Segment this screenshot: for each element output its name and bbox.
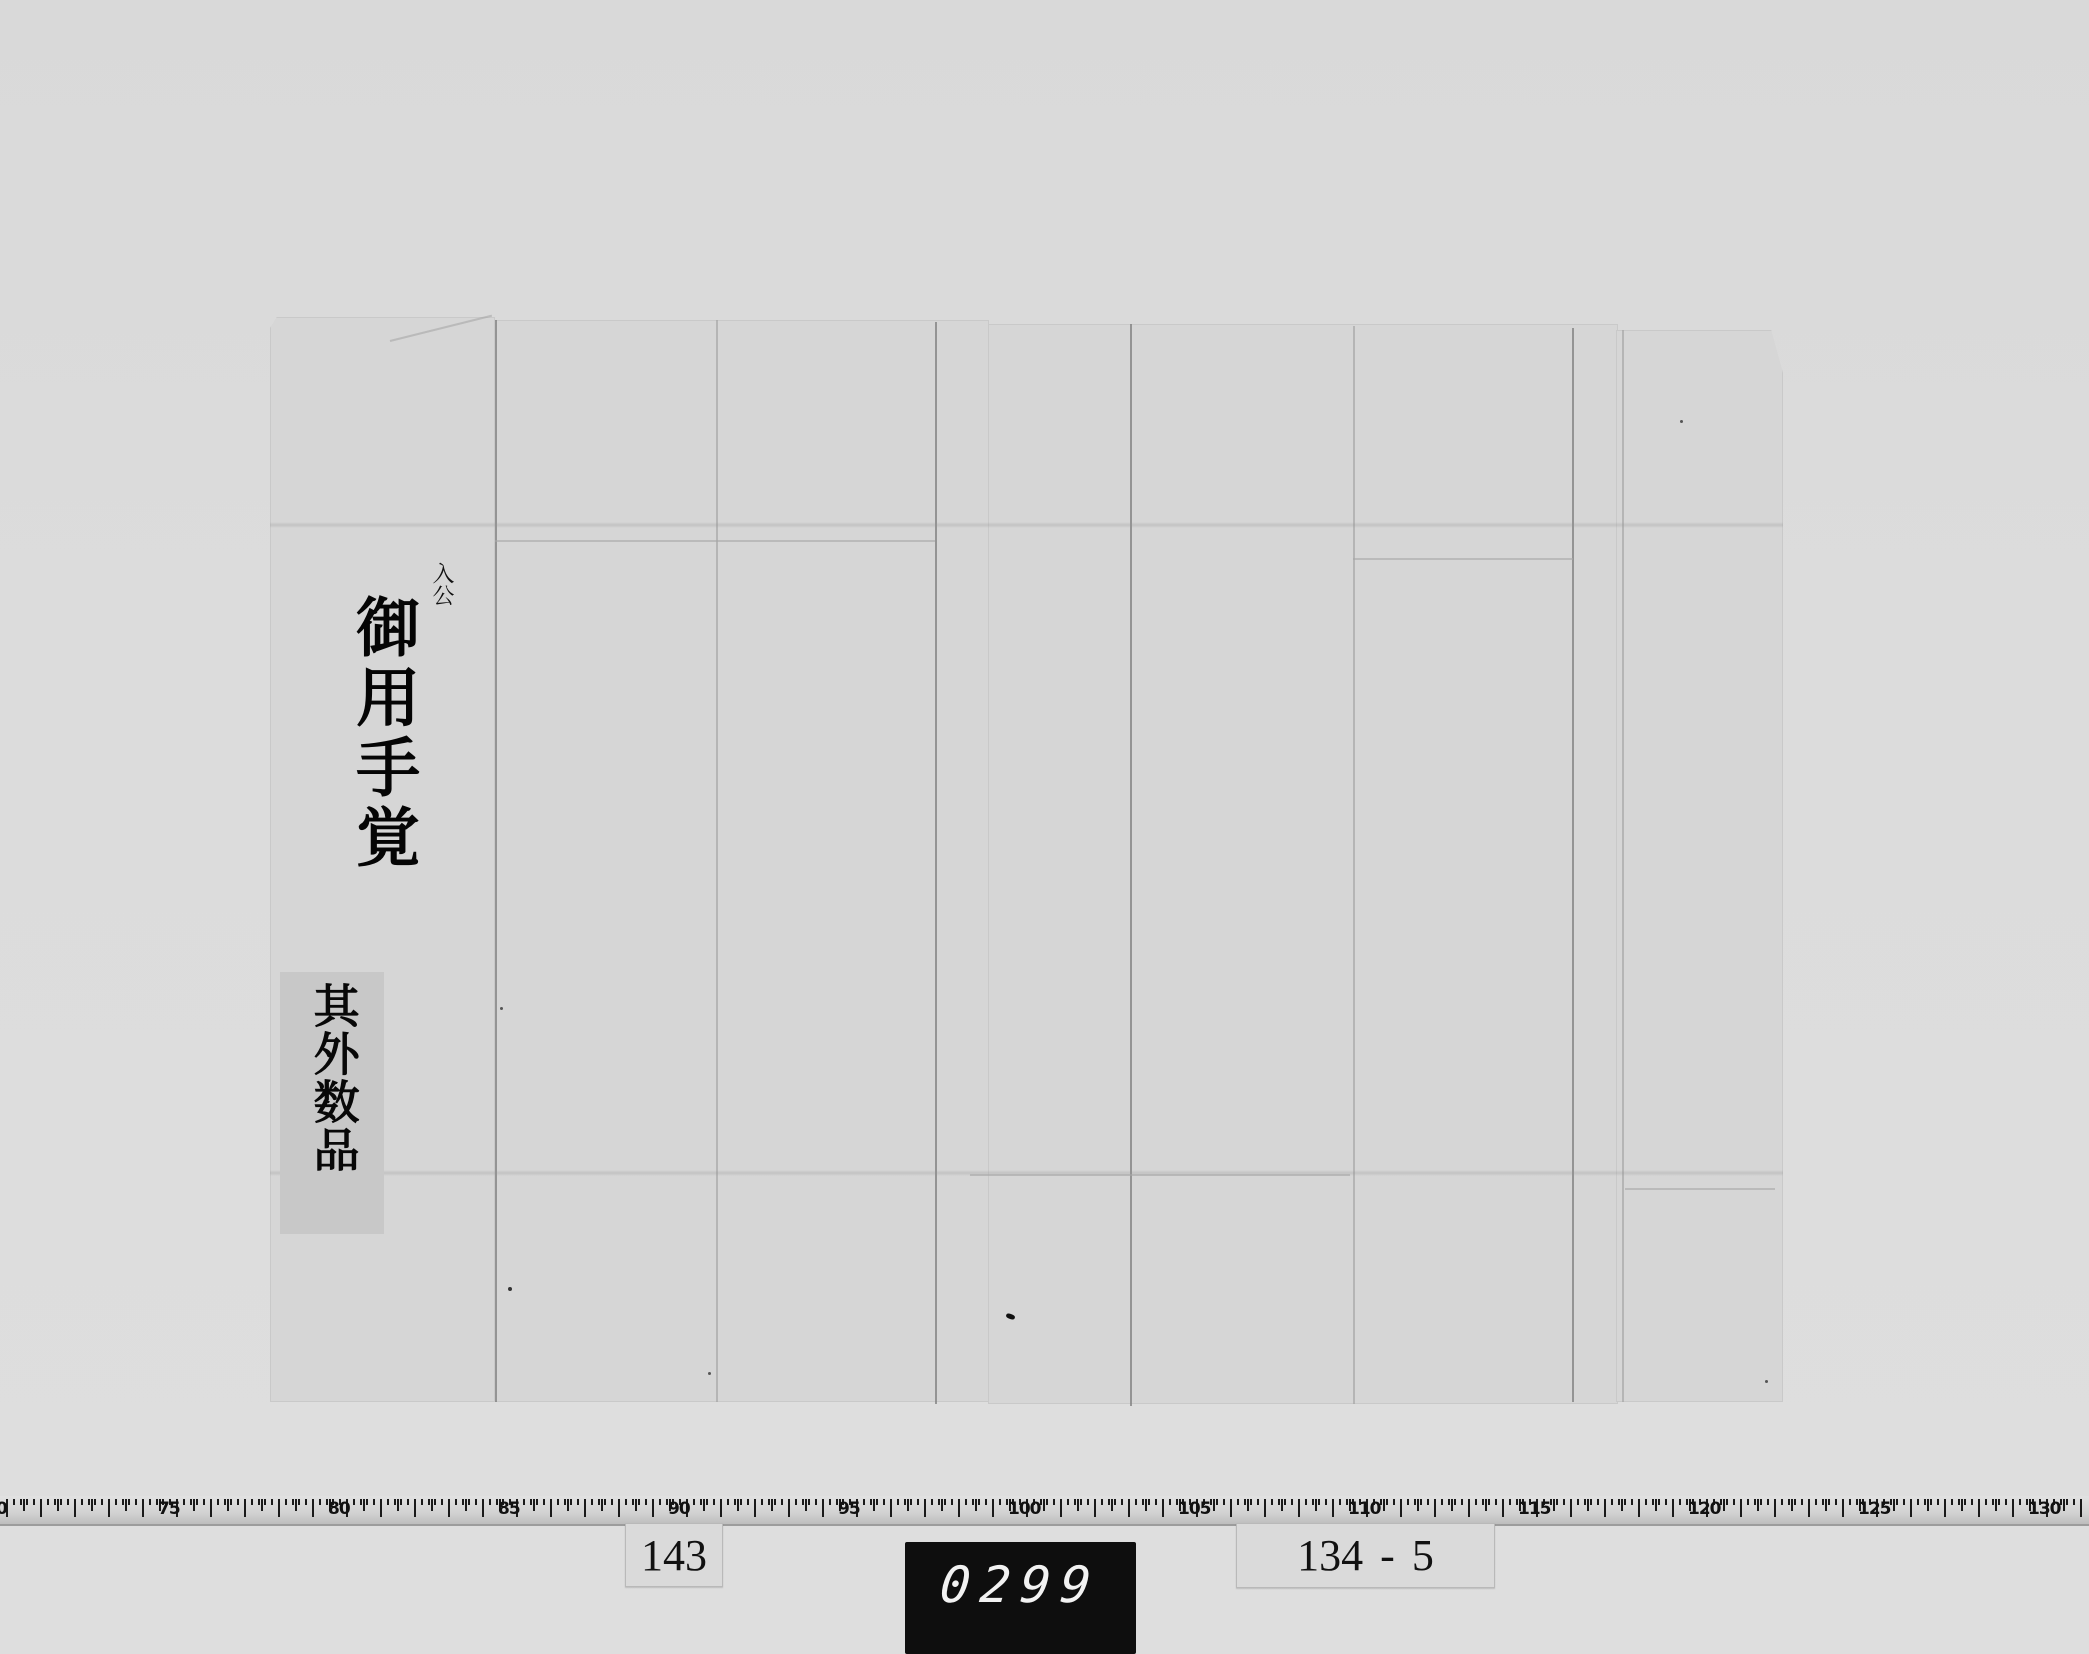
ruler-tick — [1754, 1499, 1756, 1505]
ruler-tick — [1461, 1499, 1463, 1505]
ruler-tick — [1264, 1499, 1266, 1517]
ruler-label: 75 — [158, 1499, 180, 1519]
ruler-tick — [1077, 1499, 1079, 1511]
ruler-tick — [870, 1499, 872, 1505]
ruler-tick — [1604, 1499, 1606, 1517]
ruler-tick — [217, 1499, 219, 1505]
ruler-tick — [1475, 1499, 1477, 1505]
ruler-tick — [1618, 1499, 1620, 1505]
ruler-tick — [938, 1499, 940, 1505]
ruler-tick — [1237, 1499, 1239, 1505]
fold-line — [1622, 330, 1624, 1402]
ruler-tick — [1271, 1499, 1273, 1505]
ruler-tick — [1556, 1499, 1558, 1505]
document-subtitle: 其外数品 — [308, 982, 358, 1174]
ruler-tick — [1930, 1499, 1932, 1505]
ruler-tick — [737, 1499, 739, 1511]
ruler-tick — [550, 1499, 552, 1517]
ruler-tick — [1257, 1499, 1259, 1505]
ruler-tick — [1108, 1499, 1110, 1505]
ruler-tick — [1570, 1499, 1572, 1517]
fold-line — [935, 322, 937, 1404]
ruler-label: 105 — [1178, 1499, 1211, 1519]
ruler-tick — [1213, 1499, 1215, 1511]
ruler-tick — [1278, 1499, 1280, 1505]
ruler-tick — [1420, 1499, 1422, 1505]
ruler-tick — [1924, 1499, 1926, 1505]
ruler-tick — [1155, 1499, 1157, 1505]
ruler-tick — [1747, 1499, 1749, 1505]
ruler-tick — [1985, 1499, 1987, 1505]
ruler-tick — [1315, 1499, 1317, 1511]
fold-line — [495, 540, 935, 542]
ruler-tick — [94, 1499, 96, 1505]
ruler-tick — [1621, 1499, 1623, 1511]
ruler-tick — [965, 1499, 967, 1505]
panel-3 — [988, 324, 1618, 1404]
ruler-tick — [1101, 1499, 1103, 1505]
ruler-label: 115 — [1518, 1499, 1551, 1519]
ruler-tick — [635, 1499, 637, 1511]
ruler-tick — [54, 1499, 56, 1505]
ruler-tick — [1223, 1499, 1225, 1505]
ruler-tick — [805, 1499, 807, 1511]
ruler-tick — [1482, 1499, 1484, 1505]
ruler-tick — [1903, 1499, 1905, 1505]
ruler-tick — [101, 1499, 103, 1505]
ruler-tick — [999, 1499, 1001, 1505]
ruler-tick — [190, 1499, 192, 1505]
ruler-tick — [230, 1499, 232, 1505]
ruler-tick — [625, 1499, 627, 1505]
ruler-tick — [706, 1499, 708, 1505]
ruler-tick — [1281, 1499, 1283, 1511]
ruler-tick — [149, 1499, 151, 1505]
ruler-tick — [781, 1499, 783, 1505]
ink-speck — [508, 1287, 512, 1291]
ruler-tick — [203, 1499, 205, 1505]
ruler-tick — [530, 1499, 532, 1505]
ruler-label: 130 — [2028, 1499, 2061, 1519]
ruler-tick — [224, 1499, 226, 1505]
ruler-tick — [788, 1499, 790, 1517]
ruler-tick — [1917, 1499, 1919, 1505]
ruler-tick — [57, 1499, 59, 1511]
ruler-tick — [1733, 1499, 1735, 1505]
ruler-tick — [734, 1499, 736, 1505]
ruler-tick — [638, 1499, 640, 1505]
ruler-tick — [312, 1499, 314, 1517]
ruler-tick — [319, 1499, 321, 1505]
ruler-tick — [1740, 1499, 1742, 1517]
ruler-tick — [1672, 1499, 1674, 1517]
ruler-tick — [465, 1499, 467, 1511]
ruler-tick — [975, 1499, 977, 1511]
ruler-tick — [2080, 1499, 2082, 1517]
ruler-tick — [1244, 1499, 1246, 1505]
ruler-label: 95 — [838, 1499, 860, 1519]
ruler-tick — [1587, 1499, 1589, 1511]
fold-line — [1130, 324, 1132, 1406]
ruler-tick — [1760, 1499, 1762, 1505]
ruler-tick — [1927, 1499, 1929, 1511]
ruler-tick — [951, 1499, 953, 1505]
ruler-tick — [60, 1499, 62, 1505]
ruler-tick — [1781, 1499, 1783, 1505]
ruler-tick — [754, 1499, 756, 1517]
ruler-tick — [227, 1499, 229, 1511]
ruler-tick — [67, 1499, 69, 1505]
ruler-tick — [652, 1499, 654, 1517]
ruler-label: 90 — [668, 1499, 690, 1519]
ruler-tick — [645, 1499, 647, 1505]
ruler-tick — [421, 1499, 423, 1505]
ruler-tick — [366, 1499, 368, 1505]
ruler-tick — [1964, 1499, 1966, 1505]
ruler-tick — [1250, 1499, 1252, 1505]
panel-right — [1616, 330, 1783, 1402]
ruler-tick — [387, 1499, 389, 1505]
fold-line — [1625, 1188, 1775, 1190]
ruler-tick — [1400, 1499, 1402, 1517]
frame-counter: 0299 — [905, 1542, 1136, 1654]
ruler-tick — [1087, 1499, 1089, 1505]
ruler-tick — [1407, 1499, 1409, 1505]
ruler-tick — [1046, 1499, 1048, 1505]
ruler-tick — [873, 1499, 875, 1511]
item-number-card: 134 - 5 — [1236, 1523, 1495, 1588]
ruler-tick — [1757, 1499, 1759, 1511]
ruler-tick — [258, 1499, 260, 1505]
ruler-tick — [1896, 1499, 1898, 1505]
ruler-tick — [815, 1499, 817, 1505]
ruler-tick — [1563, 1499, 1565, 1505]
ruler-tick — [1080, 1499, 1082, 1505]
ruler-tick — [557, 1499, 559, 1505]
ruler-tick — [890, 1499, 892, 1517]
ruler-tick — [1665, 1499, 1667, 1505]
ruler-tick — [1111, 1499, 1113, 1511]
ruler-tick — [1509, 1499, 1511, 1505]
ruler-tick — [618, 1499, 620, 1517]
ruler-tick — [414, 1499, 416, 1517]
ruler-tick — [1502, 1499, 1504, 1517]
ruler-tick — [632, 1499, 634, 1505]
ruler-tick — [135, 1499, 137, 1505]
ruler-tick — [1114, 1499, 1116, 1505]
ink-speck — [708, 1372, 711, 1375]
ruler-tick — [1808, 1499, 1810, 1517]
ruler-tick — [904, 1499, 906, 1505]
ruler-tick — [397, 1499, 399, 1511]
fold-line — [1572, 328, 1574, 1402]
ruler-label: 80 — [328, 1499, 350, 1519]
ruler-tick — [1998, 1499, 2000, 1505]
ruler-tick — [88, 1499, 90, 1505]
ruler-tick — [74, 1499, 76, 1517]
ruler-tick — [1043, 1499, 1045, 1511]
ruler-tick — [196, 1499, 198, 1505]
ruler-tick — [1815, 1499, 1817, 1505]
ruler-tick — [992, 1499, 994, 1517]
fold-line — [1353, 558, 1573, 560]
ruler-tick — [1849, 1499, 1851, 1505]
name-slip: 其外数品 — [280, 972, 384, 1234]
ruler-tick — [727, 1499, 729, 1505]
ruler-tick — [523, 1499, 525, 1505]
volume-number: 143 — [626, 1524, 722, 1586]
ruler-tick — [210, 1499, 212, 1517]
ruler-tick — [407, 1499, 409, 1505]
ruler-tick — [1067, 1499, 1069, 1505]
ruler-tick — [703, 1499, 705, 1511]
ruler-tick — [1658, 1499, 1660, 1505]
ruler-tick — [1386, 1499, 1388, 1505]
ruler-tick — [577, 1499, 579, 1505]
ruler-tick — [1893, 1499, 1895, 1511]
ruler-tick — [1835, 1499, 1837, 1505]
ruler-tick — [23, 1499, 25, 1511]
ruler-tick — [720, 1499, 722, 1517]
ruler-tick — [1305, 1499, 1307, 1505]
ruler-tick — [108, 1499, 110, 1517]
ruler-tick — [768, 1499, 770, 1505]
ruler-tick — [771, 1499, 773, 1511]
ruler-tick — [193, 1499, 195, 1511]
folded-document: 入公 御用手覚 其外数品 — [270, 312, 1785, 1404]
ruler-tick — [81, 1499, 83, 1505]
ruler-tick — [1441, 1499, 1443, 1505]
ruler-tick — [1794, 1499, 1796, 1505]
ruler-tick — [47, 1499, 49, 1505]
ruler-tick — [292, 1499, 294, 1505]
ruler-tick — [448, 1499, 450, 1517]
ruler-tick — [295, 1499, 297, 1511]
ruler-tick — [1135, 1499, 1137, 1505]
ruler-tick — [564, 1499, 566, 1505]
ruler-tick — [1325, 1499, 1327, 1505]
ruler-tick — [394, 1499, 396, 1505]
ruler-tick — [1145, 1499, 1147, 1511]
ruler-tick — [747, 1499, 749, 1505]
ruler-tick — [659, 1499, 661, 1505]
ruler-tick — [1148, 1499, 1150, 1505]
ruler-tick — [802, 1499, 804, 1505]
ruler-tick — [1121, 1499, 1123, 1505]
ruler-tick — [972, 1499, 974, 1505]
ruler-tick — [1216, 1499, 1218, 1505]
ruler-tick — [1094, 1499, 1096, 1517]
ruler-tick — [1312, 1499, 1314, 1505]
ruler-tick — [142, 1499, 144, 1517]
ruler-tick — [693, 1499, 695, 1505]
ruler-tick — [1767, 1499, 1769, 1505]
ruler-tick — [958, 1499, 960, 1517]
ink-speck — [1680, 420, 1683, 423]
ruler-tick — [1298, 1499, 1300, 1517]
ruler-tick — [611, 1499, 613, 1505]
ruler-tick — [1284, 1499, 1286, 1505]
ruler-tick — [761, 1499, 763, 1505]
ruler-tick — [1842, 1499, 1844, 1517]
ruler-tick — [1074, 1499, 1076, 1505]
fold-line — [970, 1174, 1350, 1176]
document-title: 御用手覚 — [348, 594, 417, 874]
ruler-tick — [462, 1499, 464, 1505]
ruler-tick — [1427, 1499, 1429, 1505]
ruler-tick — [1495, 1499, 1497, 1505]
ruler-tick — [944, 1499, 946, 1505]
ruler-tick — [1448, 1499, 1450, 1505]
ruler-tick — [125, 1499, 127, 1511]
ruler-tick — [1611, 1499, 1613, 1505]
ruler-tick — [774, 1499, 776, 1505]
ruler-tick — [2005, 1499, 2007, 1505]
ruler-tick — [1944, 1499, 1946, 1517]
ruler-tick — [1597, 1499, 1599, 1505]
ruler-tick — [2066, 1499, 2068, 1505]
ruler-tick — [1726, 1499, 1728, 1505]
ruler-tick — [1801, 1499, 1803, 1505]
ruler-tick — [251, 1499, 253, 1505]
ruler-tick — [931, 1499, 933, 1505]
ruler-tick — [271, 1499, 273, 1505]
ruler-tick — [1417, 1499, 1419, 1511]
ruler-label: 110 — [1348, 1499, 1381, 1519]
ruler-tick — [598, 1499, 600, 1505]
ruler-tick — [91, 1499, 93, 1511]
ruler-tick — [1454, 1499, 1456, 1505]
ruler-tick — [298, 1499, 300, 1505]
measuring-ruler: 07580859095100105110115120125130 — [0, 1496, 2089, 1526]
ruler-tick — [434, 1499, 436, 1505]
ruler-tick — [1584, 1499, 1586, 1505]
ruler-tick — [1679, 1499, 1681, 1505]
ruler-tick — [482, 1499, 484, 1517]
ruler-tick — [822, 1499, 824, 1517]
ruler-tick — [604, 1499, 606, 1505]
title-annotation: 入公 — [426, 562, 457, 606]
ruler-tick — [978, 1499, 980, 1505]
ruler-tick — [380, 1499, 382, 1517]
ruler-tick — [2012, 1499, 2014, 1517]
ruler-tick — [1774, 1499, 1776, 1517]
ruler-tick — [264, 1499, 266, 1505]
ruler-tick — [2019, 1499, 2021, 1505]
ruler-tick — [261, 1499, 263, 1511]
ruler-tick — [584, 1499, 586, 1517]
ruler-tick — [1060, 1499, 1062, 1517]
ruler-label: 100 — [1008, 1499, 1041, 1519]
ruler-tick — [1128, 1499, 1130, 1517]
ruler-tick — [883, 1499, 885, 1505]
ruler-tick — [1339, 1499, 1341, 1505]
ruler-tick — [1488, 1499, 1490, 1505]
ruler-tick — [1142, 1499, 1144, 1505]
ruler-label: 120 — [1688, 1499, 1721, 1519]
ruler-tick — [1230, 1499, 1232, 1517]
ruler-tick — [1828, 1499, 1830, 1505]
ruler-tick — [829, 1499, 831, 1505]
ruler-tick — [876, 1499, 878, 1505]
ruler-tick — [863, 1499, 865, 1505]
ruler-tick — [2063, 1499, 2065, 1511]
ruler-tick — [713, 1499, 715, 1505]
ruler-tick — [1788, 1499, 1790, 1505]
ruler-tick — [570, 1499, 572, 1505]
ruler-tick — [1961, 1499, 1963, 1511]
ruler-tick — [1318, 1499, 1320, 1505]
ruler-label: 125 — [1858, 1499, 1891, 1519]
ruler-tick — [1451, 1499, 1453, 1511]
ruler-tick — [363, 1499, 365, 1511]
ruler-tick — [1951, 1499, 1953, 1505]
ruler-tick — [1937, 1499, 1939, 1505]
ruler-tick — [1485, 1499, 1487, 1511]
ruler-tick — [26, 1499, 28, 1505]
ruler-tick — [475, 1499, 477, 1505]
ruler-tick — [567, 1499, 569, 1511]
ink-speck — [1765, 1380, 1768, 1383]
ruler-tick — [33, 1499, 35, 1505]
ruler-tick — [400, 1499, 402, 1505]
ruler-tick — [128, 1499, 130, 1505]
ruler-tick — [1631, 1499, 1633, 1505]
ruler-tick — [1169, 1499, 1171, 1505]
volume-number-card: 143 — [625, 1523, 723, 1587]
ruler-tick — [278, 1499, 280, 1517]
ruler-tick — [1995, 1499, 1997, 1511]
ruler-tick — [40, 1499, 42, 1517]
ruler-tick — [428, 1499, 430, 1505]
ruler-tick — [1162, 1499, 1164, 1517]
ruler-tick — [591, 1499, 593, 1505]
ruler-tick — [1468, 1499, 1470, 1517]
fold-line — [1353, 326, 1355, 1404]
ruler-tick — [1247, 1499, 1249, 1511]
ruler-tick — [1652, 1499, 1654, 1505]
ruler-tick — [536, 1499, 538, 1505]
ruler-tick — [1590, 1499, 1592, 1505]
ruler-tick — [305, 1499, 307, 1505]
ruler-tick — [740, 1499, 742, 1505]
ruler-tick — [1053, 1499, 1055, 1505]
ruler-tick — [1971, 1499, 1973, 1505]
ruler-tick — [985, 1499, 987, 1505]
ruler-tick — [700, 1499, 702, 1505]
ruler-tick — [941, 1499, 943, 1511]
ruler-tick — [1291, 1499, 1293, 1505]
ruler-tick — [1434, 1499, 1436, 1517]
ruler-tick — [1414, 1499, 1416, 1505]
ruler-tick — [1638, 1499, 1640, 1517]
ruler-tick — [1393, 1499, 1395, 1505]
ruler-tick — [1822, 1499, 1824, 1505]
ruler-tick — [1383, 1499, 1385, 1511]
ruler-tick — [910, 1499, 912, 1505]
ruler-tick — [1791, 1499, 1793, 1511]
item-number: 134 - 5 — [1237, 1524, 1494, 1587]
ruler-label: 85 — [498, 1499, 520, 1519]
ruler-tick — [13, 1499, 15, 1505]
ruler-tick — [373, 1499, 375, 1505]
ruler-tick — [183, 1499, 185, 1505]
ruler-tick — [1992, 1499, 1994, 1505]
ruler-tick — [1624, 1499, 1626, 1505]
ruler-tick — [2073, 1499, 2075, 1505]
ruler-tick — [907, 1499, 909, 1511]
ruler-tick — [1978, 1499, 1980, 1517]
